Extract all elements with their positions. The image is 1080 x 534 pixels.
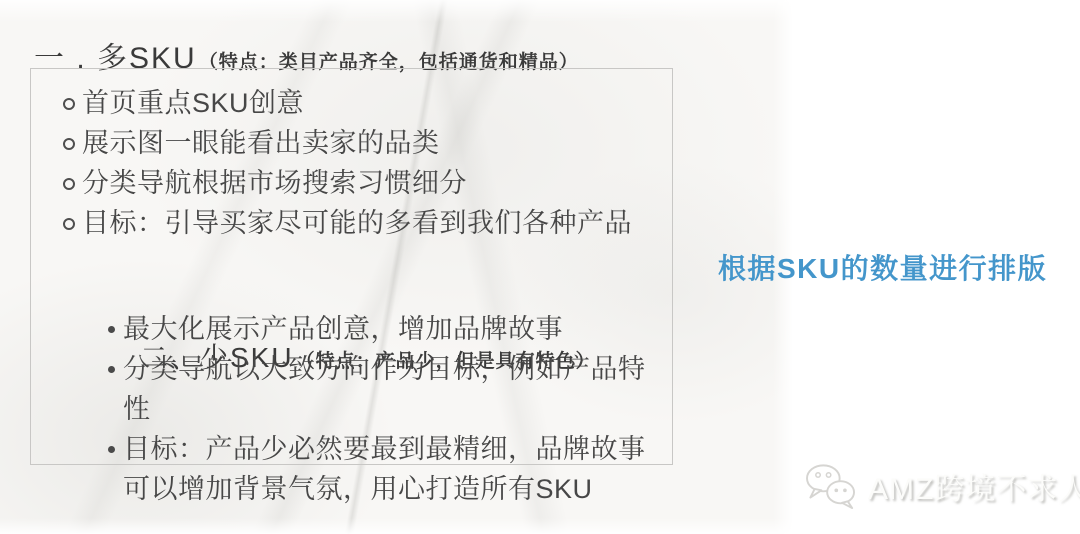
hollow-circle-bullet-icon [63, 178, 75, 190]
dot-bullet-icon [108, 366, 115, 373]
list-item-text: 首页重点SKU创意 [82, 83, 304, 123]
list-item: 目标：产品少必然要最到最精细，品牌故事可以增加背景气氛，用心打造所有SKU [106, 429, 671, 509]
hollow-circle-bullet-icon [63, 98, 75, 110]
list-item: 目标：引导买家尽可能的多看到我们各种产品 [63, 203, 632, 243]
list-item-text: 分类导航根据市场搜索习惯细分 [82, 163, 467, 203]
list-item-text: 分类导航以大致方向作为目标，例如产品特性 [123, 349, 671, 429]
list-item: 首页重点SKU创意 [63, 83, 632, 123]
list-item: 最大化展示产品创意，增加品牌故事 [106, 309, 671, 349]
section-2-bullet-list: 最大化展示产品创意，增加品牌故事 分类导航以大致方向作为目标，例如产品特性 目标… [106, 309, 671, 509]
list-item: 分类导航以大致方向作为目标，例如产品特性 [106, 349, 671, 429]
list-item: 分类导航根据市场搜索习惯细分 [63, 163, 632, 203]
section-1-bullet-list: 首页重点SKU创意 展示图一眼能看出卖家的品类 分类导航根据市场搜索习惯细分 目… [63, 83, 632, 243]
side-annotation: 根据SKU的数量进行排版 [718, 252, 1047, 286]
list-item-text: 目标：产品少必然要最到最精细，品牌故事可以增加背景气氛，用心打造所有SKU [123, 429, 671, 509]
slide-canvas: 一 . 多SKU （特点：类目产品齐全，包括通货和精品） 首页重点SKU创意 展… [0, 0, 1080, 534]
hollow-circle-bullet-icon [63, 218, 75, 230]
watermark-text: AMZ跨境不求人 [868, 464, 1080, 508]
list-item-text: 目标：引导买家尽可能的多看到我们各种产品 [82, 203, 632, 243]
content-box: 首页重点SKU创意 展示图一眼能看出卖家的品类 分类导航根据市场搜索习惯细分 目… [30, 68, 673, 465]
hollow-circle-bullet-icon [63, 138, 75, 150]
list-item: 展示图一眼能看出卖家的品类 [63, 123, 632, 163]
dot-bullet-icon [108, 326, 115, 333]
watermark: AMZ跨境不求人 [802, 462, 1080, 510]
dot-bullet-icon [108, 446, 115, 453]
list-item-text: 最大化展示产品创意，增加品牌故事 [123, 309, 671, 349]
list-item-text: 展示图一眼能看出卖家的品类 [82, 123, 440, 163]
wechat-icon [802, 462, 860, 510]
